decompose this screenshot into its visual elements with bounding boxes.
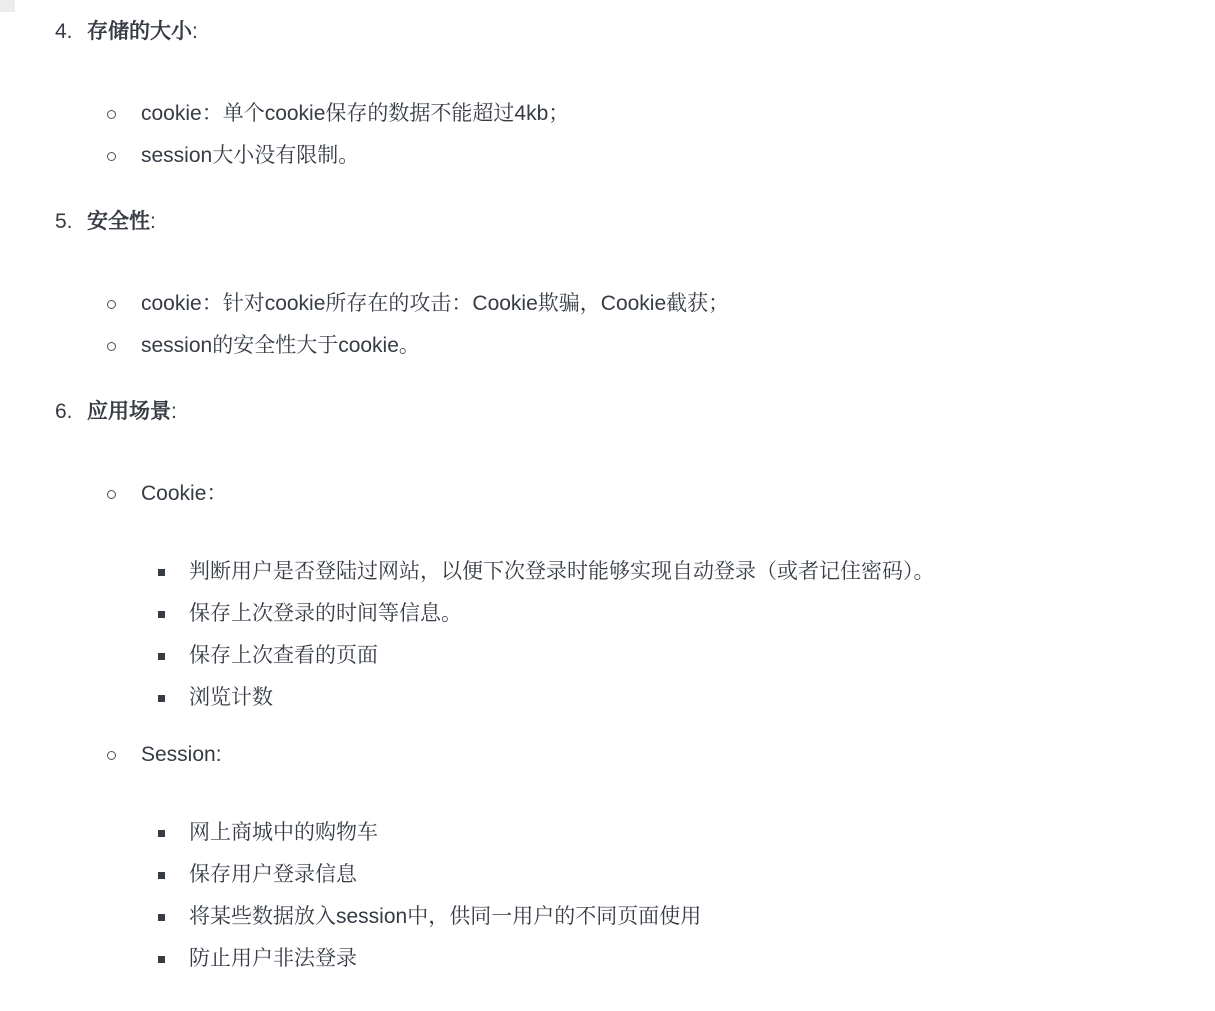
sub-item-text: Session: bbox=[141, 743, 222, 766]
numbered-list: 4.存储的大小: cookie：单个cookie保存的数据不能超过4kb； se… bbox=[0, 19, 1215, 972]
sub-sub-item-text: 判断用户是否登陆过网站，以便下次登录时能够实现自动登录（或者记住密码）。 bbox=[189, 560, 935, 583]
square-bullet-icon bbox=[158, 872, 165, 879]
sub-list-item-session: Session: 网上商城中的购物车 保存用户登录信息 将某些数据放入se bbox=[0, 742, 1215, 972]
item-term-colon: : bbox=[171, 400, 177, 423]
sub-item-text: Cookie： bbox=[141, 482, 227, 505]
list-item-storage-size: 4.存储的大小: cookie：单个cookie保存的数据不能超过4kb； se… bbox=[0, 19, 1215, 169]
circle-bullet-icon bbox=[107, 342, 116, 351]
sub-sub-item-text: 保存用户登录信息 bbox=[189, 863, 357, 886]
sub-sub-list-item: 保存上次查看的页面 bbox=[141, 643, 1215, 669]
item-term-colon: : bbox=[150, 210, 156, 233]
sub-sub-item-text: 保存上次登录的时间等信息。 bbox=[189, 602, 462, 625]
sub-sub-list-item: 网上商城中的购物车 bbox=[141, 820, 1215, 846]
sub-sub-list-item: 保存用户登录信息 bbox=[141, 862, 1215, 888]
square-bullet-icon bbox=[158, 569, 165, 576]
list-item-security: 5.安全性: cookie：针对cookie所存在的攻击：Cookie欺骗，Co… bbox=[0, 209, 1215, 359]
item-term: 安全性 bbox=[87, 210, 150, 233]
item-number: 5. bbox=[55, 209, 87, 235]
circle-bullet-icon bbox=[107, 300, 116, 309]
sub-item-text: session的安全性大于cookie。 bbox=[141, 334, 420, 357]
document-body: 4.存储的大小: cookie：单个cookie保存的数据不能超过4kb； se… bbox=[0, 19, 1215, 1011]
sub-list: cookie：单个cookie保存的数据不能超过4kb； session大小没有… bbox=[0, 101, 1215, 169]
sub-list-item: session大小没有限制。 bbox=[0, 143, 1215, 169]
sub-list: Cookie： 判断用户是否登陆过网站，以便下次登录时能够实现自动登录（或者记住… bbox=[0, 481, 1215, 972]
circle-bullet-icon bbox=[107, 490, 116, 499]
square-bullet-icon bbox=[158, 914, 165, 921]
sub-sub-item-text: 将某些数据放入session中，供同一用户的不同页面使用 bbox=[189, 905, 701, 928]
sub-sub-list-session: 网上商城中的购物车 保存用户登录信息 将某些数据放入session中，供同一用户… bbox=[141, 820, 1215, 972]
sub-list-item: cookie：单个cookie保存的数据不能超过4kb； bbox=[0, 101, 1215, 127]
sub-sub-item-text: 浏览计数 bbox=[189, 686, 273, 709]
list-item-use-cases: 6.应用场景: Cookie： 判断用户是否登陆过网站，以便下次登录时能够实现自… bbox=[0, 399, 1215, 972]
square-bullet-icon bbox=[158, 830, 165, 837]
circle-bullet-icon bbox=[107, 152, 116, 161]
sub-sub-item-text: 网上商城中的购物车 bbox=[189, 821, 378, 844]
item-term-colon: : bbox=[192, 20, 198, 43]
corner-artifact bbox=[0, 0, 15, 12]
sub-sub-list-item: 保存上次登录的时间等信息。 bbox=[141, 601, 1215, 627]
sub-sub-list-item: 判断用户是否登陆过网站，以便下次登录时能够实现自动登录（或者记住密码）。 bbox=[141, 559, 1215, 585]
sub-sub-list-item: 将某些数据放入session中，供同一用户的不同页面使用 bbox=[141, 904, 1215, 930]
square-bullet-icon bbox=[158, 695, 165, 702]
sub-sub-list-cookie: 判断用户是否登陆过网站，以便下次登录时能够实现自动登录（或者记住密码）。 保存上… bbox=[141, 559, 1215, 711]
list-item-heading: 5.安全性: bbox=[0, 209, 1215, 235]
square-bullet-icon bbox=[158, 956, 165, 963]
item-number: 4. bbox=[55, 19, 87, 45]
item-number: 6. bbox=[55, 399, 87, 425]
circle-bullet-icon bbox=[107, 110, 116, 119]
sub-list: cookie：针对cookie所存在的攻击：Cookie欺骗，Cookie截获；… bbox=[0, 291, 1215, 359]
sub-list-item: cookie：针对cookie所存在的攻击：Cookie欺骗，Cookie截获； bbox=[0, 291, 1215, 317]
sub-sub-item-text: 防止用户非法登录 bbox=[189, 947, 357, 970]
sub-list-item: session的安全性大于cookie。 bbox=[0, 333, 1215, 359]
square-bullet-icon bbox=[158, 653, 165, 660]
sub-sub-list-item: 浏览计数 bbox=[141, 685, 1215, 711]
sub-item-text: cookie：单个cookie保存的数据不能超过4kb； bbox=[141, 102, 569, 125]
sub-sub-item-text: 保存上次查看的页面 bbox=[189, 644, 378, 667]
circle-bullet-icon bbox=[107, 751, 116, 760]
item-term: 存储的大小 bbox=[87, 20, 192, 43]
sub-sub-list-item: 防止用户非法登录 bbox=[141, 946, 1215, 972]
sub-item-text: cookie：针对cookie所存在的攻击：Cookie欺骗，Cookie截获； bbox=[141, 292, 729, 315]
sub-item-text: session大小没有限制。 bbox=[141, 144, 359, 167]
list-item-heading: 6.应用场景: bbox=[0, 399, 1215, 425]
square-bullet-icon bbox=[158, 611, 165, 618]
item-term: 应用场景 bbox=[87, 400, 171, 423]
list-item-heading: 4.存储的大小: bbox=[0, 19, 1215, 45]
sub-list-item-cookie: Cookie： 判断用户是否登陆过网站，以便下次登录时能够实现自动登录（或者记住… bbox=[0, 481, 1215, 711]
